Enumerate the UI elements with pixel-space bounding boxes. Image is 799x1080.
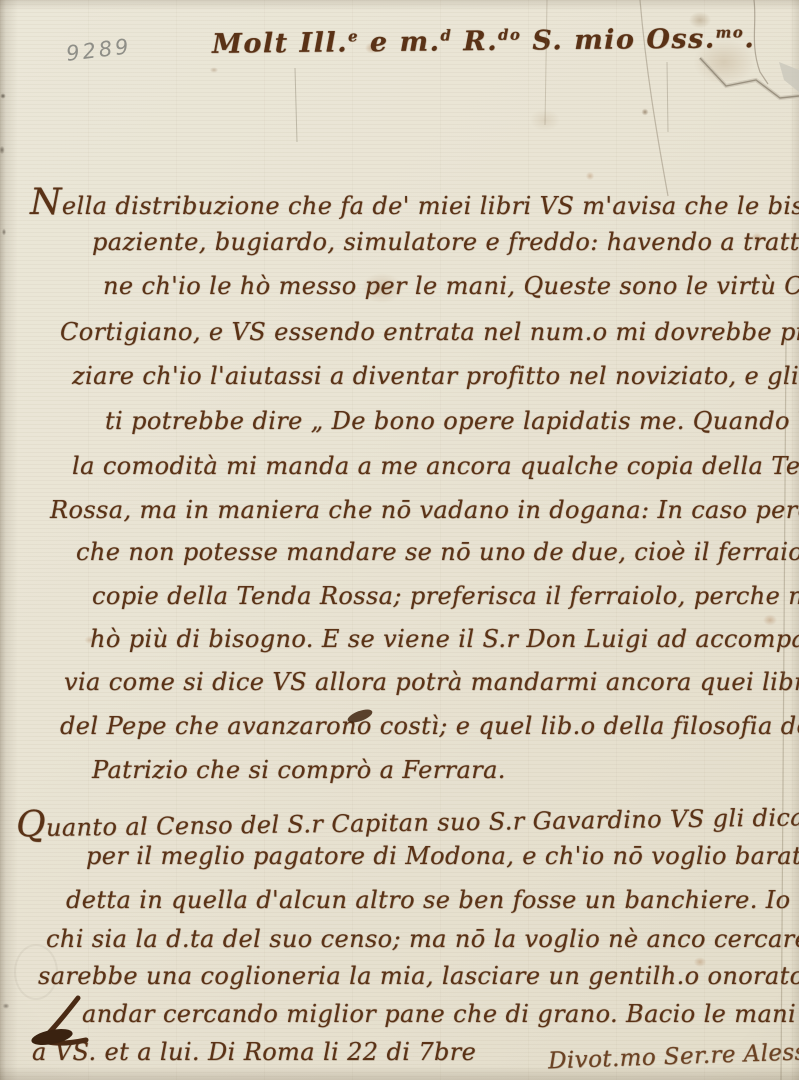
crack-line [700, 58, 799, 98]
scratch-mark [295, 68, 297, 142]
manuscript-scan: 9289 Molt Ill.e e m.d R.do S. mio Oss.mo… [0, 0, 799, 1080]
letter-line: detta in quella d'alcun altro se ben fos… [66, 886, 799, 914]
date-line: a VS. et a lui. Di Roma li 22 di 7bre [32, 1038, 476, 1066]
letter-line: sarebbe una coglioneria la mia, lasciare… [38, 962, 799, 990]
salutation-part: S. mio Oss. [521, 24, 716, 57]
letter-line: la comodità mi manda a me ancora qualche… [72, 452, 799, 480]
salutation-sup: mo [716, 23, 745, 41]
crack-highlight [700, 58, 799, 98]
letter-line: paziente, bugiardo, simulatore e freddo:… [92, 228, 799, 256]
letter-line: del Pepe che avanzarono costì; e quel li… [60, 712, 799, 740]
paper-tear [779, 62, 799, 92]
salutation-sup: e [348, 27, 359, 45]
signature: Divot.mo Ser.re Aless. Tassoni [548, 1036, 799, 1075]
letter-line: chi sia la d.ta del suo censo; ma nō la … [46, 925, 799, 953]
letter-line: che non potesse mandare se nō uno de due… [76, 538, 799, 566]
letter-line: via come si dice VS allora potrà mandarm… [64, 668, 799, 696]
letter-line: Nella distribuzione che fa de' miei libr… [30, 182, 799, 223]
letter-line: ne ch'io le hò messo per le mani, Queste… [103, 272, 799, 300]
letter-line: Rossa, ma in maniera che nō vadano in do… [50, 496, 799, 524]
letter-line: Cortigiano, e VS essendo entrata nel num… [60, 318, 799, 346]
letter-line: andar cercando miglior pane che di grano… [82, 1000, 796, 1028]
letter-line: Patrizio che si comprò a Ferrara. [92, 756, 506, 784]
salutation: Molt Ill.e e m.d R.do S. mio Oss.mo. [212, 23, 756, 60]
pencil-archival-number: 9289 [65, 34, 133, 66]
salutation-part: e m. [359, 26, 441, 58]
scratch-mark [667, 62, 668, 132]
letter-line: hò più di bisogno. E se viene il S.r Don… [90, 625, 799, 653]
salutation-part: . [744, 23, 755, 54]
salutation-sup: do [498, 26, 521, 44]
letter-line: ziare ch'io l'aiutassi a diventar profit… [72, 362, 799, 390]
salutation-part: Molt Ill. [212, 27, 348, 59]
crack-line [754, 0, 768, 84]
letter-line: copie della Tenda Rossa; preferisca il f… [92, 582, 799, 610]
salutation-part: R. [452, 26, 498, 57]
letter-line: Quanto al Censo del S.r Capitan suo S.r … [16, 792, 799, 846]
letter-line: ti potrebbe dire „ De bono opere lapidat… [105, 407, 799, 435]
letter-line: per il meglio pagatore di Modona, e ch'i… [86, 842, 799, 870]
fold-line [545, 0, 547, 125]
ink-flourish [43, 998, 86, 1043]
salutation-sup: d [440, 26, 452, 44]
